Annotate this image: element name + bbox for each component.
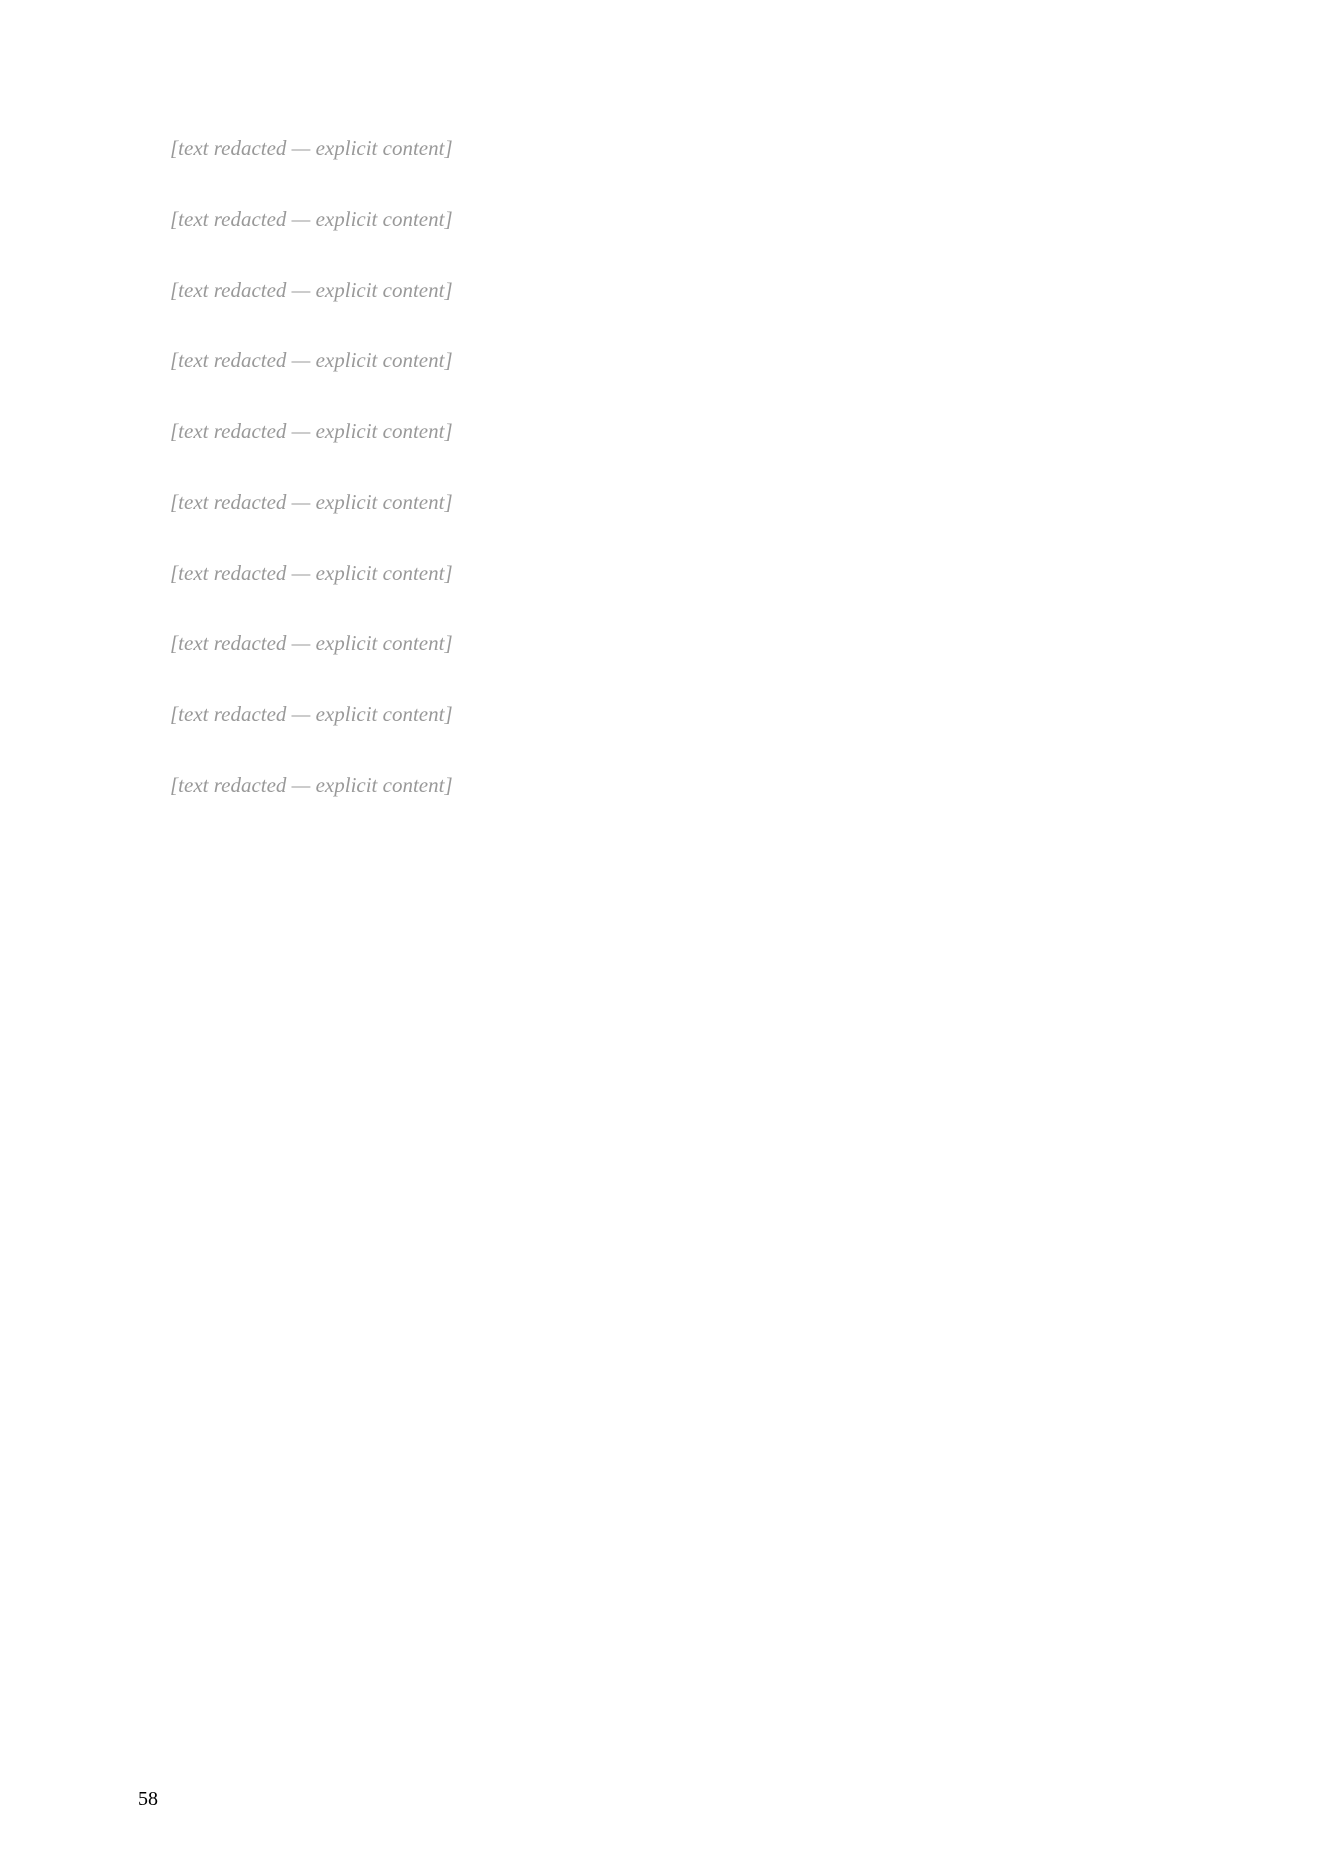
- paragraph: [text redacted — explicit content]: [170, 130, 1153, 167]
- paragraph: [text redacted — explicit content]: [170, 413, 1153, 450]
- dialogue: [text redacted — explicit content]: [170, 484, 1153, 521]
- paragraph: [text redacted — explicit content]: [170, 201, 1153, 238]
- dialogue: [text redacted — explicit content]: [170, 272, 1153, 309]
- document-page: [text redacted — explicit content][text …: [0, 0, 1323, 804]
- paragraph: [text redacted — explicit content]: [170, 555, 1153, 592]
- dialogue: [text redacted — explicit content]: [170, 342, 1153, 379]
- dialogue: [text redacted — explicit content]: [170, 767, 1153, 804]
- page-number: 58: [138, 1788, 158, 1811]
- document-body: [text redacted — explicit content][text …: [170, 130, 1153, 804]
- paragraph: [text redacted — explicit content]: [170, 696, 1153, 733]
- dialogue: [text redacted — explicit content]: [170, 625, 1153, 662]
